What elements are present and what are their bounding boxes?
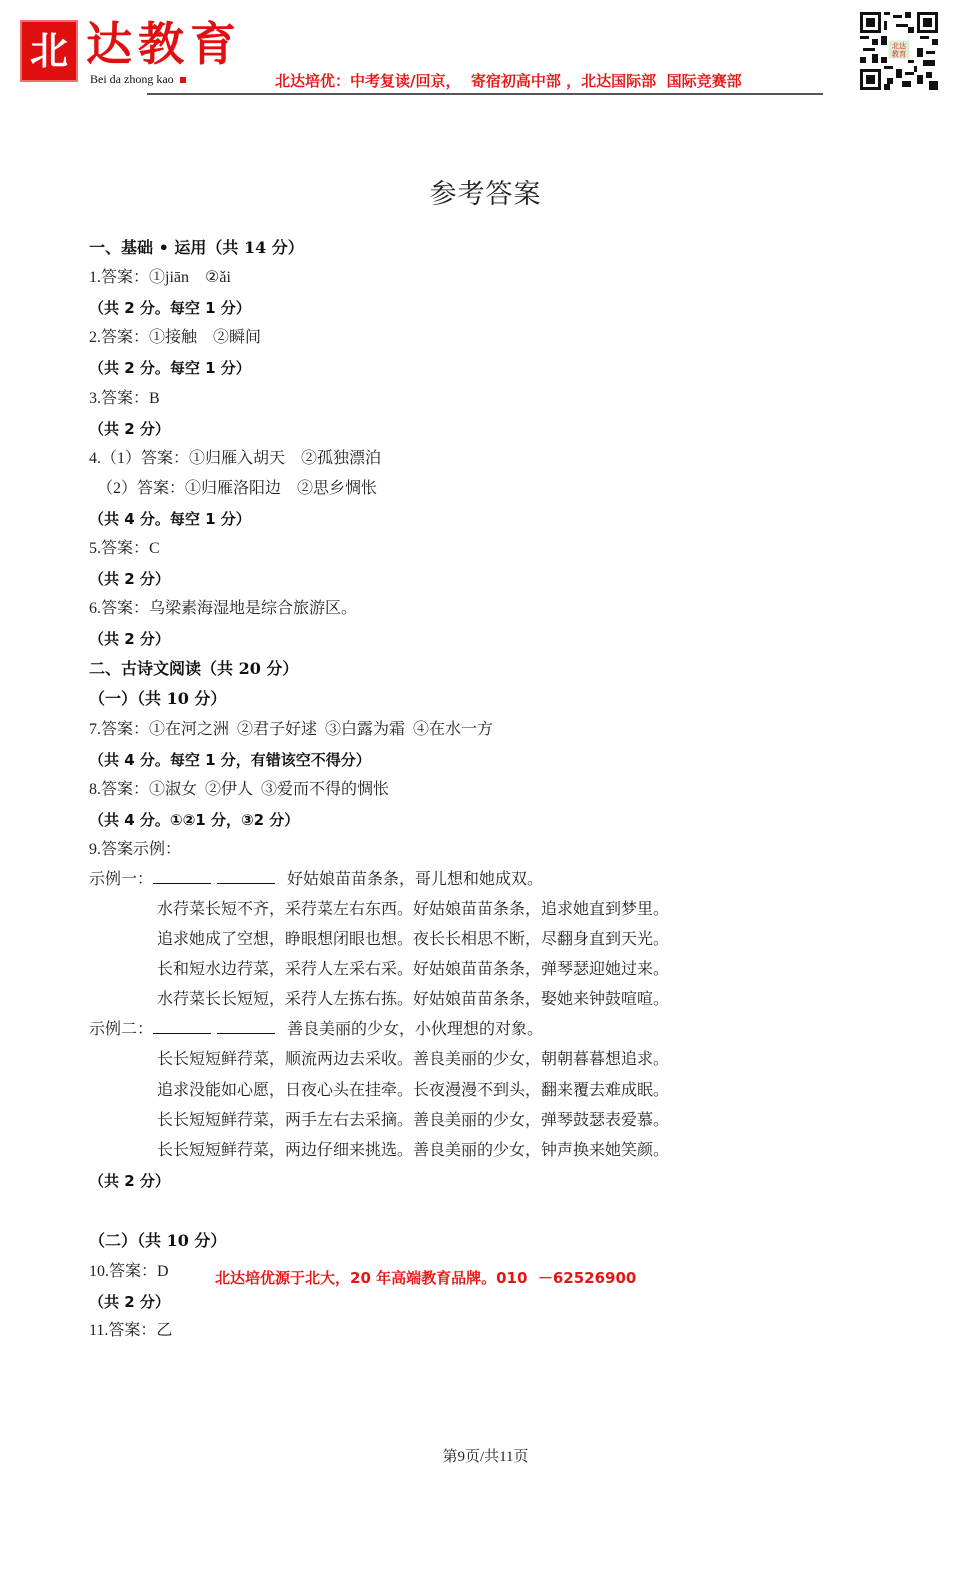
answer-8: 8.答案：①淑女 ②伊人 ③爱而不得的惆怅 xyxy=(89,779,389,801)
example-2-line: 长长短短鲜荇菜，两手左右去采摘。善良美丽的少女，弹琴鼓瑟表爱慕。 xyxy=(157,1110,669,1132)
header-divider xyxy=(147,93,823,95)
example-1-verse: 好姑娘苗苗条条，哥儿想和她成双。 xyxy=(287,871,543,888)
example-2-verse: 善良美丽的少女，小伙理想的对象。 xyxy=(287,1021,543,1038)
page-indicator: 第9页/共11页 xyxy=(0,1445,971,1466)
header-slogan: 北达培优：中考复读/回京， 寄宿初高中部 ，北达国际部 国际竞赛部 xyxy=(275,70,742,91)
answer-1: 1.答案：①jiān ②ǎi xyxy=(89,267,231,289)
score-note-4: （共 4 分。每空 1 分） xyxy=(89,508,251,530)
answer-11: 11.答案：乙 xyxy=(89,1320,172,1342)
answer-9-heading: 9.答案示例： xyxy=(89,839,181,861)
answer-2: 2.答案：①接触 ②瞬间 xyxy=(89,327,261,349)
score-note-3: （共 2 分） xyxy=(89,418,170,440)
subsection-heading-1: （一）（共 10 分） xyxy=(89,688,226,710)
example-1-line: 追求她成了空想，睁眼想闭眼也想。夜长长相思不断，尽翻身直到天光。 xyxy=(157,929,669,951)
answer-4-1: 4.（1）答案：①归雁入胡天 ②孤独漂泊 xyxy=(89,448,381,470)
example-2-line: 长长短短鲜荇菜，两边仔细来挑选。善良美丽的少女，钟声换来她笑颜。 xyxy=(157,1140,669,1162)
example-1-line: 长和短水边荇菜，采荇人左采右采。好姑娘苗苗条条，弹琴瑟迎她过来。 xyxy=(157,959,669,981)
score-note-5: （共 2 分） xyxy=(89,568,170,590)
example-1-label: 示例一： xyxy=(89,871,153,888)
score-note-6: （共 2 分） xyxy=(89,628,170,650)
subsection-heading-2: （二）（共 10 分） xyxy=(89,1230,226,1252)
promo-banner: 北达培优源于北大，20 年高端教育品牌。010 －62526900 xyxy=(215,1267,636,1288)
fill-blank xyxy=(217,1019,275,1034)
logo-text: 达教育 xyxy=(86,18,242,70)
score-note-2: （共 2 分。每空 1 分） xyxy=(89,357,251,379)
score-note-1: （共 2 分。每空 1 分） xyxy=(89,297,251,319)
score-note-8: （共 4 分。①②1 分，③2 分） xyxy=(89,809,299,831)
logo-mark-glyph: 北 xyxy=(30,32,68,70)
section-heading-1: 一、基础 • 运用（共 14 分） xyxy=(89,237,304,259)
example-2-label: 示例二： xyxy=(89,1021,153,1038)
fill-blank xyxy=(153,869,211,884)
example-2-line: 追求没能如心愿，日夜心头在挂牵。长夜漫漫不到头，翻来覆去难成眠。 xyxy=(157,1080,669,1102)
score-note-9: （共 2 分） xyxy=(89,1170,170,1192)
answer-6: 6.答案：乌梁素海湿地是综合旅游区。 xyxy=(89,598,357,620)
example-1-line: 水荇菜长短不齐，采荇菜左右东西。好姑娘苗苗条条，追求她直到梦里。 xyxy=(157,899,669,921)
example-2-line: 长长短短鲜荇菜，顺流两边去采收。善良美丽的少女，朝朝暮暮想追求。 xyxy=(157,1049,669,1071)
section-heading-2: 二、古诗文阅读（共 20 分） xyxy=(89,658,298,680)
answer-3: 3.答案：B xyxy=(89,388,160,410)
example-2-first-line: 示例二：善良美丽的少女，小伙理想的对象。 xyxy=(89,1019,543,1041)
answer-5: 5.答案：C xyxy=(89,538,160,560)
svg-text:教育: 教育 xyxy=(892,49,906,58)
page-title: 参考答案 xyxy=(0,172,971,211)
example-1-line: 水荇菜长长短短，采荇人左拣右拣。好姑娘苗苗条条，娶她来钟鼓喧喧。 xyxy=(157,989,669,1011)
red-square-icon xyxy=(180,77,186,83)
fill-blank xyxy=(217,869,275,884)
answer-10: 10.答案：D xyxy=(89,1261,169,1283)
logo-subtitle: Bei da zhong kao xyxy=(90,72,186,87)
example-1-first-line: 示例一：好姑娘苗苗条条，哥儿想和她成双。 xyxy=(89,869,543,891)
answer-4-2: （2）答案：①归雁洛阳边 ②思乡惆怅 xyxy=(89,478,377,500)
logo-subtitle-text: Bei da zhong kao xyxy=(90,72,174,86)
score-note-10: （共 2 分） xyxy=(89,1291,170,1313)
answer-7: 7.答案：①在河之洲 ②君子好逑 ③白露为霜 ④在水一方 xyxy=(89,719,493,741)
fill-blank xyxy=(153,1019,211,1034)
logo-mark: 北 xyxy=(20,20,78,82)
score-note-7: （共 4 分。每空 1 分，有错该空不得分） xyxy=(89,749,371,771)
qr-code-icon: 北达 教育 xyxy=(860,12,938,90)
